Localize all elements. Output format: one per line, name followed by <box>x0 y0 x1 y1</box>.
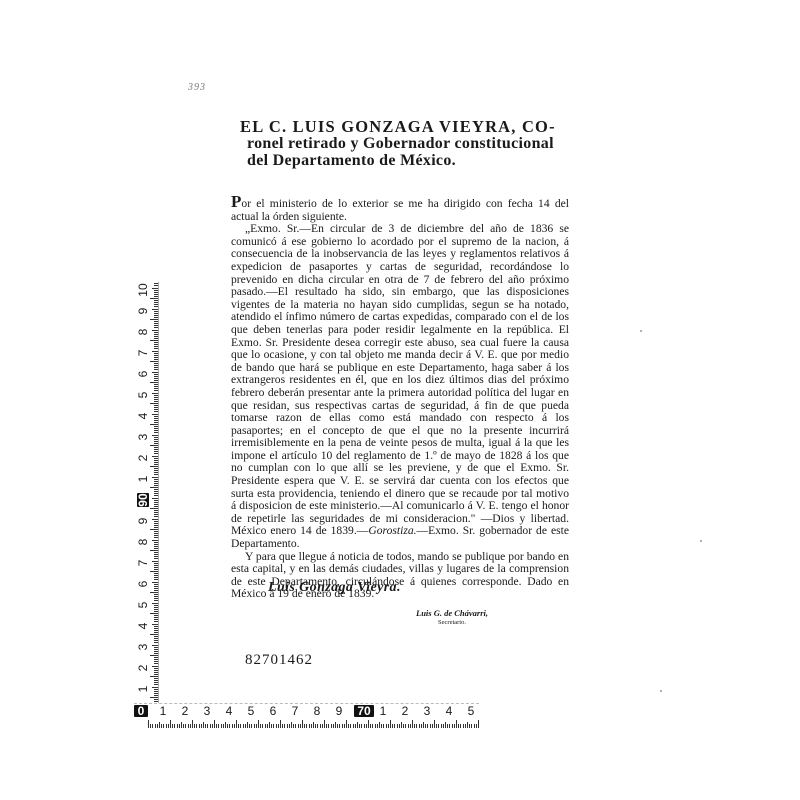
ruler-label: 8 <box>137 535 149 549</box>
page-number-note: 393 <box>188 82 206 93</box>
ruler-label: 7 <box>137 556 149 570</box>
ruler-label: 2 <box>398 705 412 717</box>
ruler-label: 1 <box>376 705 390 717</box>
ruler-label: 90 <box>137 493 149 507</box>
quoted-order-paragraph: „Exmo. Sr.—En circular de 3 de diciembre… <box>231 223 569 550</box>
ruler-label: 1 <box>156 705 170 717</box>
ruler-label: 5 <box>137 598 149 612</box>
ruler-label: 9 <box>137 304 149 318</box>
document-heading: EL C. LUIS GONZAGA VIEYRA, CO- ronel ret… <box>240 118 580 169</box>
document-number: 82701462 <box>245 652 313 669</box>
ruler-label: 3 <box>137 640 149 654</box>
ruler-label: 6 <box>266 705 280 717</box>
vertical-scale-ruler: 01234567899012345678910 <box>134 282 159 720</box>
ruler-label: 3 <box>137 430 149 444</box>
quote-signer: Gorostiza. <box>368 524 416 537</box>
secretary-role: Secretario. <box>416 619 488 626</box>
horizontal-scale-ruler: 01234567897012345 <box>134 703 479 728</box>
ruler-label: 9 <box>137 514 149 528</box>
heading-line-2: ronel retirado y Gobernador constitucion… <box>240 135 580 152</box>
ruler-label: 4 <box>442 705 456 717</box>
ruler-label: 7 <box>137 346 149 360</box>
ruler-label: 2 <box>178 705 192 717</box>
ruler-label: 4 <box>222 705 236 717</box>
ruler-label: 9 <box>332 705 346 717</box>
secretary-name: Luis G. de Chávarri, <box>416 608 488 618</box>
ruler-label: 70 <box>354 705 374 717</box>
document-body: Por el ministerio de lo exterior se me h… <box>231 197 569 601</box>
ruler-label: 4 <box>137 409 149 423</box>
governor-signature: Luis Gonzaga Vieyra. <box>268 580 401 596</box>
ruler-label: 3 <box>200 705 214 717</box>
ruler-label: 2 <box>137 661 149 675</box>
ruler-label: 6 <box>137 367 149 381</box>
secretary-signature: Luis G. de Chávarri, Secretario. <box>416 608 488 626</box>
scan-speck <box>700 540 702 542</box>
ruler-label: 3 <box>420 705 434 717</box>
ruler-label: 5 <box>137 388 149 402</box>
ruler-label: 8 <box>137 325 149 339</box>
ruler-label: 10 <box>137 283 149 297</box>
ruler-label: 6 <box>137 577 149 591</box>
ruler-label: 1 <box>137 682 149 696</box>
intro-paragraph: Por el ministerio de lo exterior se me h… <box>231 197 569 223</box>
heading-line-1: EL C. LUIS GONZAGA VIEYRA, CO- <box>240 118 580 135</box>
heading-line-3: del Departamento de México. <box>240 152 580 169</box>
drop-cap: P <box>231 192 241 211</box>
ruler-label: 4 <box>137 619 149 633</box>
ruler-label: 0 <box>134 705 148 717</box>
scan-speck <box>640 330 642 332</box>
ruler-label: 2 <box>137 451 149 465</box>
ruler-label: 5 <box>244 705 258 717</box>
ruler-label: 7 <box>288 705 302 717</box>
ruler-label: 1 <box>137 472 149 486</box>
ruler-label: 5 <box>464 705 478 717</box>
ruler-label: 8 <box>310 705 324 717</box>
scan-speck <box>660 690 662 692</box>
